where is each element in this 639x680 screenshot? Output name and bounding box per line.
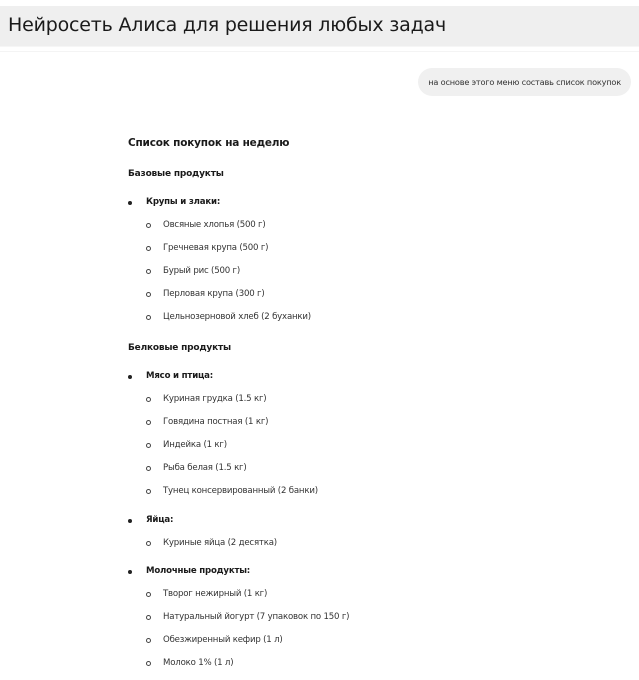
circle-bullet-icon [146, 223, 151, 228]
user-message-bubble: на основе этого меню составь список поку… [418, 68, 631, 96]
category-label: Крупы и злаки: [146, 197, 220, 207]
answer-title: Список покупок на неделю [128, 137, 289, 149]
circle-bullet-icon [146, 466, 151, 471]
category-label: Молочные продукты: [146, 566, 250, 576]
circle-bullet-icon [146, 443, 151, 448]
bullet-icon [128, 201, 132, 205]
bullet-icon [128, 570, 132, 574]
circle-bullet-icon [146, 638, 151, 643]
circle-bullet-icon [146, 397, 151, 402]
page-header: Нейросеть Алиса для решения любых задач [0, 6, 639, 47]
circle-bullet-icon [146, 615, 151, 620]
bullet-icon [128, 519, 132, 523]
circle-bullet-icon [146, 489, 151, 494]
circle-bullet-icon [146, 315, 151, 320]
circle-bullet-icon [146, 420, 151, 425]
circle-bullet-icon [146, 661, 151, 666]
header-divider [0, 51, 639, 52]
circle-bullet-icon [146, 269, 151, 274]
circle-bullet-icon [146, 541, 151, 546]
bullet-icon [128, 375, 132, 379]
circle-bullet-icon [146, 292, 151, 297]
category-label: Яйца: [146, 515, 173, 525]
circle-bullet-icon [146, 592, 151, 597]
circle-bullet-icon [146, 246, 151, 251]
section-heading: Базовые продукты [128, 169, 224, 179]
section-heading: Белковые продукты [128, 343, 231, 353]
category-label: Мясо и птица: [146, 371, 213, 381]
page-title: Нейросеть Алиса для решения любых задач [8, 14, 446, 36]
